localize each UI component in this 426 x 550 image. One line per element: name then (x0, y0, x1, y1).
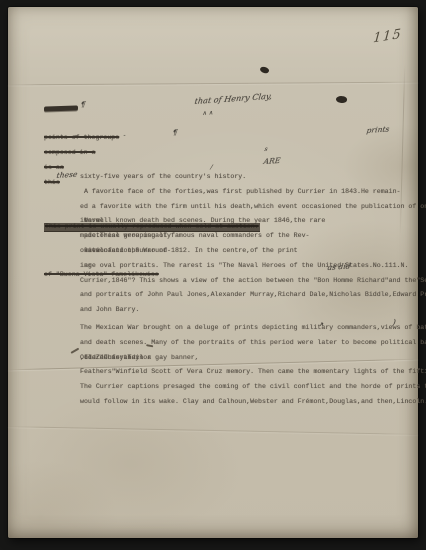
handwritten-annotation: these (56, 169, 78, 179)
blacked-out-text: This print is usually reproduced when so… (44, 223, 260, 232)
typed-text-segment: would follow in its wake. Clay and Calho… (80, 398, 426, 405)
handwritten-annotation: ) (392, 318, 396, 327)
typed-text-segment: ,old "Fuss and (80, 354, 426, 361)
handwritten-annotation: ¶ (80, 99, 86, 108)
handwritten-annotation: s (264, 146, 268, 153)
ink-blot (259, 65, 270, 74)
typed-line: ing this are oval portraits. The rarest … (44, 179, 422, 194)
struck-text: likewise (127, 271, 159, 278)
handwritten-annotation: prints (366, 125, 390, 136)
handwritten-annotation: / (210, 164, 213, 171)
typed-line: and John Barry. This print is usually re… (44, 223, 422, 238)
struck-text: composed in a (44, 149, 95, 156)
struck-text: of "Buena Vista" fame (44, 271, 127, 278)
typed-text-segment: and death scenes. Many of the portraits … (80, 339, 426, 346)
typed-line: Feathers"Winfield Scott of Vera Cruz mem… (44, 285, 422, 300)
typed-text: sixty-five years of the country's histor… (44, 90, 422, 330)
handwritten-annotation: ARE (263, 156, 281, 166)
handwritten-annotation: ∧ ∧ (202, 109, 214, 117)
typed-line: and death scenes. Many of the portraits … (44, 256, 422, 271)
typed-line: would follow in its wake. Clay and Calho… (44, 315, 422, 330)
photo-backdrop: 115 sixty-five years of the country's hi… (0, 0, 426, 550)
pencil-mark (70, 348, 79, 354)
handwritten-annotation: - (123, 132, 126, 139)
typed-line: its well known death bed scenes. During … (44, 134, 422, 149)
struck-text: points of the (44, 134, 95, 141)
typed-line: olution and the War of 1812. In the cent… (44, 164, 422, 179)
typed-line: The Currier captions presaged the coming… (44, 300, 422, 315)
struck-text: groups (95, 134, 119, 141)
typed-line: and portraits of John Paul Jones,Alexand… (44, 208, 422, 223)
typed-text-segment: The Currier captions presaged the coming… (80, 383, 426, 390)
handwritten-annotation: ¶ (172, 128, 178, 137)
handwritten-annotation: as did (327, 261, 351, 272)
paper-crease (8, 426, 418, 435)
typed-text-segment: Feathers"Winfield Scott of Vera Cruz mem… (80, 368, 426, 375)
typed-line: A favorite face of the forties,was first… (44, 105, 422, 120)
struck-text: is a (44, 164, 60, 171)
paper-crease (8, 82, 418, 86)
page-number: 115 (373, 27, 403, 47)
typed-line: Currier,1846"? This shows a view of the … (44, 194, 422, 209)
typed-line: The Mexican War brought on a deluge of p… (44, 241, 422, 256)
typed-line: Old Zachary Taylor of "Buena Vista" fame… (44, 271, 422, 286)
manuscript-page: 115 sixty-five years of the country's hi… (8, 7, 418, 538)
ink-scribble (44, 105, 78, 111)
handwritten-annotation: ∧ (319, 321, 324, 328)
typed-line: made.These were usually composed in a pi… (44, 149, 422, 164)
